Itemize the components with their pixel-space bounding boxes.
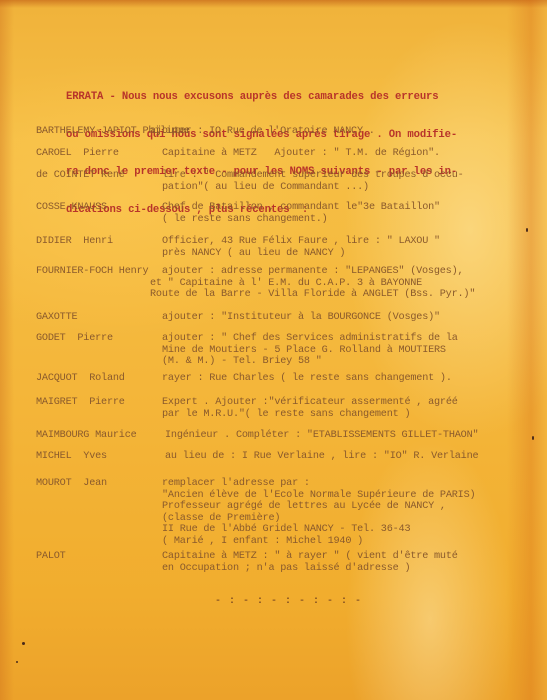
entry-name: MAIGRET Pierre	[36, 397, 125, 409]
entry-name: FOURNIER-FOCH Henry	[36, 266, 148, 278]
correction-line: Capitaine à METZ Ajouter : " T.M. de Rég…	[162, 148, 440, 160]
correction-line: Capitaine à METZ : " à rayer " ( vient d…	[162, 551, 458, 563]
paper-speck	[526, 228, 528, 232]
entry-correction: Officier, 43 Rue Félix Faure , lire : " …	[162, 236, 440, 259]
entry-correction: Capitaine à METZ : " à rayer " ( vient d…	[162, 551, 458, 574]
correction-line: remplacer l'adresse par :	[162, 478, 475, 490]
entry-correction: Chef de Bataillon , commandant le"3e Bat…	[162, 202, 440, 225]
correction-line: près NANCY ( au lieu de NANCY )	[162, 248, 440, 260]
entry-correction: lire : " Commandement supérieur des trou…	[162, 170, 464, 193]
entry-name: de COINTET René	[36, 170, 125, 182]
entry-correction: au lieu de : I Rue Verlaine , lire : "IO…	[165, 451, 478, 463]
correction-line: Officier, 43 Rue Félix Faure , lire : " …	[162, 236, 440, 248]
correction-line: ( le reste sans changement.)	[162, 214, 440, 226]
entry-correction: Ingénieur . Compléter : "ETABLISSEMENTS …	[165, 430, 478, 442]
correction-line: en Occupation ; n'a pas laissé d'adresse…	[162, 563, 458, 575]
correction-line: ajouter : IO Rue de l'Oratoire NANCY .	[150, 126, 375, 138]
correction-line: Route de la Barre - Villa Floride à ANGL…	[150, 289, 475, 301]
paper-edge-left	[0, 0, 14, 700]
entry-correction: remplacer l'adresse par :"Ancien élève d…	[162, 478, 475, 547]
entry-correction: ajouter : adresse permanente : "LEPANGES…	[150, 266, 475, 301]
entry-name: CAROEL Pierre	[36, 148, 119, 160]
correction-line: pation"( au lieu de Commandant ...)	[162, 182, 464, 194]
entry-correction: Expert . Ajouter :"vérificateur assermen…	[162, 397, 458, 420]
correction-line: ( Marié , I enfant : Michel 1940 )	[162, 536, 475, 548]
entry-name: PALOT	[36, 551, 66, 563]
correction-line: et " Capitaine à l' E.M. du C.A.P. 3 à B…	[150, 278, 475, 290]
paper-speck	[532, 436, 534, 440]
correction-line: Professeur agrégé de lettres au Lycée de…	[162, 501, 475, 513]
entry-name: MAIMBOURG Maurice	[36, 430, 137, 442]
correction-line: (M. & M.) - Tel. Briey 58 "	[162, 356, 458, 368]
correction-line: Expert . Ajouter :"vérificateur assermen…	[162, 397, 458, 409]
entry-name: MICHEL Yves	[36, 451, 107, 463]
correction-line: ajouter : "Instituteur à la BOURGONCE (V…	[162, 312, 440, 324]
errata-line: ERRATA - Nous nous excusons auprès des c…	[66, 91, 526, 104]
section-separator: - : - : - : - : - : -	[215, 596, 362, 607]
correction-line: Ingénieur . Compléter : "ETABLISSEMENTS …	[165, 430, 478, 442]
entry-name: COSSE-KNAUSS	[36, 202, 107, 214]
entry-name: JACQUOT Roland	[36, 373, 125, 385]
correction-line: ajouter : " Chef des Services administra…	[162, 333, 458, 345]
correction-line: ajouter : adresse permanente : "LEPANGES…	[150, 266, 475, 278]
correction-line: (classe de Première)	[162, 513, 475, 525]
entry-correction: Capitaine à METZ Ajouter : " T.M. de Rég…	[162, 148, 440, 160]
entry-correction: ajouter : "Instituteur à la BOURGONCE (V…	[162, 312, 440, 324]
correction-line: II Rue de l'Abbé Gridel NANCY - Tel. 36-…	[162, 524, 475, 536]
correction-line: au lieu de : I Rue Verlaine , lire : "IO…	[165, 451, 478, 463]
paper-speck	[16, 661, 18, 663]
entry-name: DIDIER Henri	[36, 236, 113, 248]
scanned-document-page: ERRATA - Nous nous excusons auprès des c…	[0, 0, 547, 700]
entry-correction: ajouter : " Chef des Services administra…	[162, 333, 458, 368]
entry-name: GAXOTTE	[36, 312, 77, 324]
paper-speck	[22, 642, 25, 645]
correction-line: Mine de Moutiers - 5 Place G. Rolland à …	[162, 345, 458, 357]
paper-edge-top	[0, 0, 547, 8]
correction-line: par le M.R.U."( le reste sans changement…	[162, 409, 458, 421]
entry-correction: ajouter : IO Rue de l'Oratoire NANCY .	[150, 126, 375, 138]
entry-name: GODET Pierre	[36, 333, 113, 345]
entry-name: MOUROT Jean	[36, 478, 107, 490]
correction-line: Chef de Bataillon , commandant le"3e Bat…	[162, 202, 440, 214]
correction-line: "Ancien élève de l'Ecole Normale Supérie…	[162, 490, 475, 502]
correction-line: lire : " Commandement supérieur des trou…	[162, 170, 464, 182]
entry-correction: rayer : Rue Charles ( le reste sans chan…	[162, 373, 452, 385]
correction-line: rayer : Rue Charles ( le reste sans chan…	[162, 373, 452, 385]
